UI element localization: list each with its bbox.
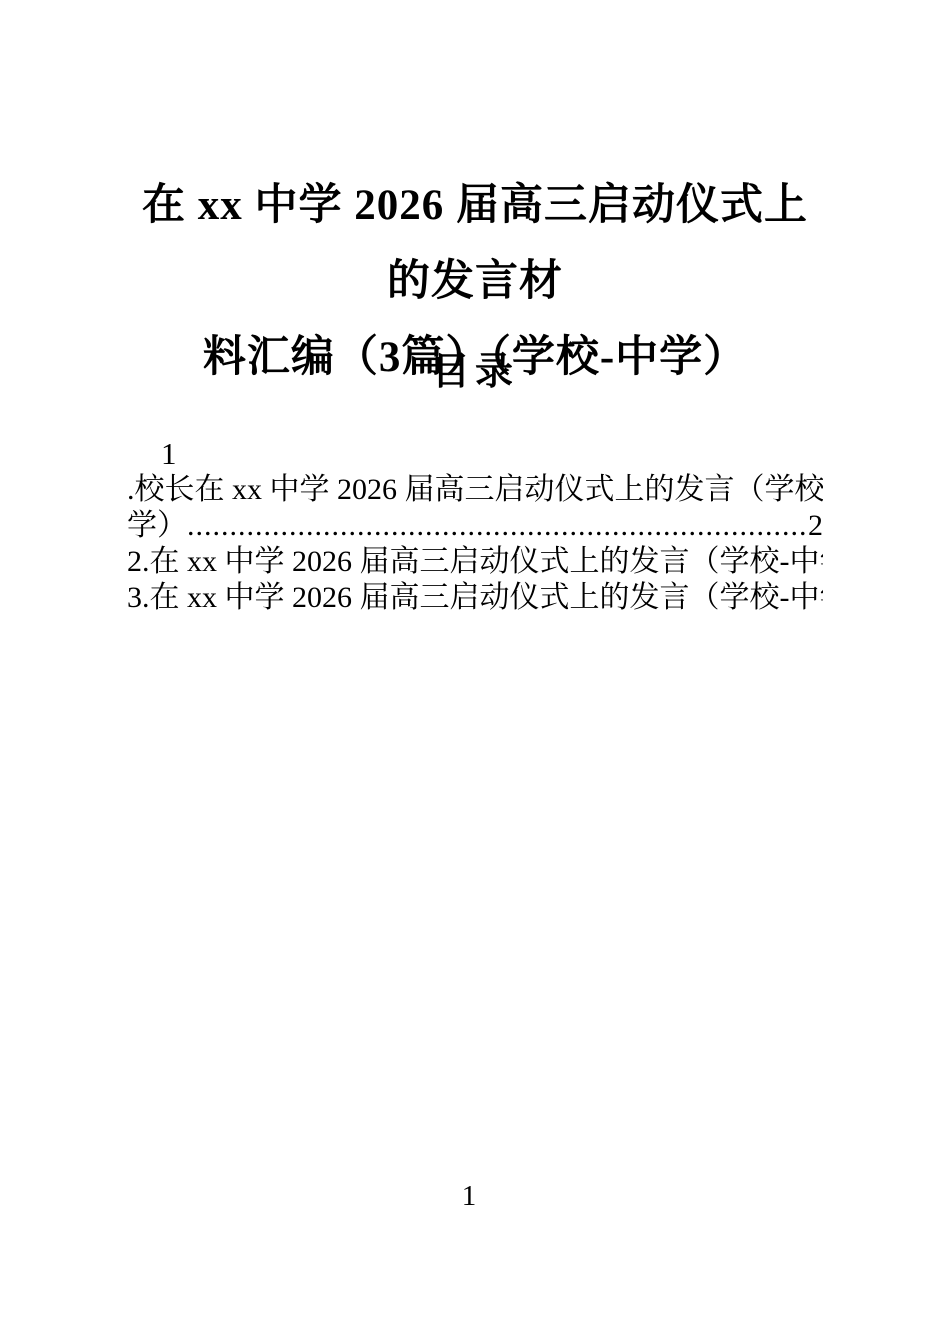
toc-entry-1-dot-leader: ........................................… (187, 508, 808, 544)
footer-page-number: 1 (0, 1180, 938, 1213)
toc-entry-1-line-2: 学） .....................................… (127, 508, 823, 544)
toc-entry-3[interactable]: 3.在 xx 中学 2026 届高三启动仪式上的发言（学校-中学）..9 (127, 580, 823, 616)
toc-entry-1[interactable]: .校长在 xx 中学 2026 届高三启动仪式上的发言（学校-中 学） ....… (127, 472, 823, 544)
document-page: 在 xx 中学 2026 届高三启动仪式上的发言材 料汇编（3篇）（学校-中学）… (0, 0, 950, 1344)
toc-heading: 目录 (127, 340, 823, 395)
document-title-line-1: 在 xx 中学 2026 届高三启动仪式上的发言材 (127, 168, 823, 320)
toc-entry-1-page-number: 2 (808, 508, 823, 544)
toc-entry-1-line-1: .校长在 xx 中学 2026 届高三启动仪式上的发言（学校-中 (127, 472, 823, 508)
toc-entry-1-number: 1 (127, 436, 823, 472)
toc-entry-3-text: 3.在 xx 中学 2026 届高三启动仪式上的发言（学校-中学）..9 (127, 580, 823, 616)
table-of-contents: 1 .校长在 xx 中学 2026 届高三启动仪式上的发言（学校-中 学） ..… (127, 436, 823, 616)
toc-entry-2[interactable]: 2.在 xx 中学 2026 届高三启动仪式上的发言（学校-中学）..6 (127, 544, 823, 580)
toc-entry-2-text: 2.在 xx 中学 2026 届高三启动仪式上的发言（学校-中学）..6 (127, 544, 823, 580)
toc-entry-1-tail-text: 学） (127, 508, 187, 544)
